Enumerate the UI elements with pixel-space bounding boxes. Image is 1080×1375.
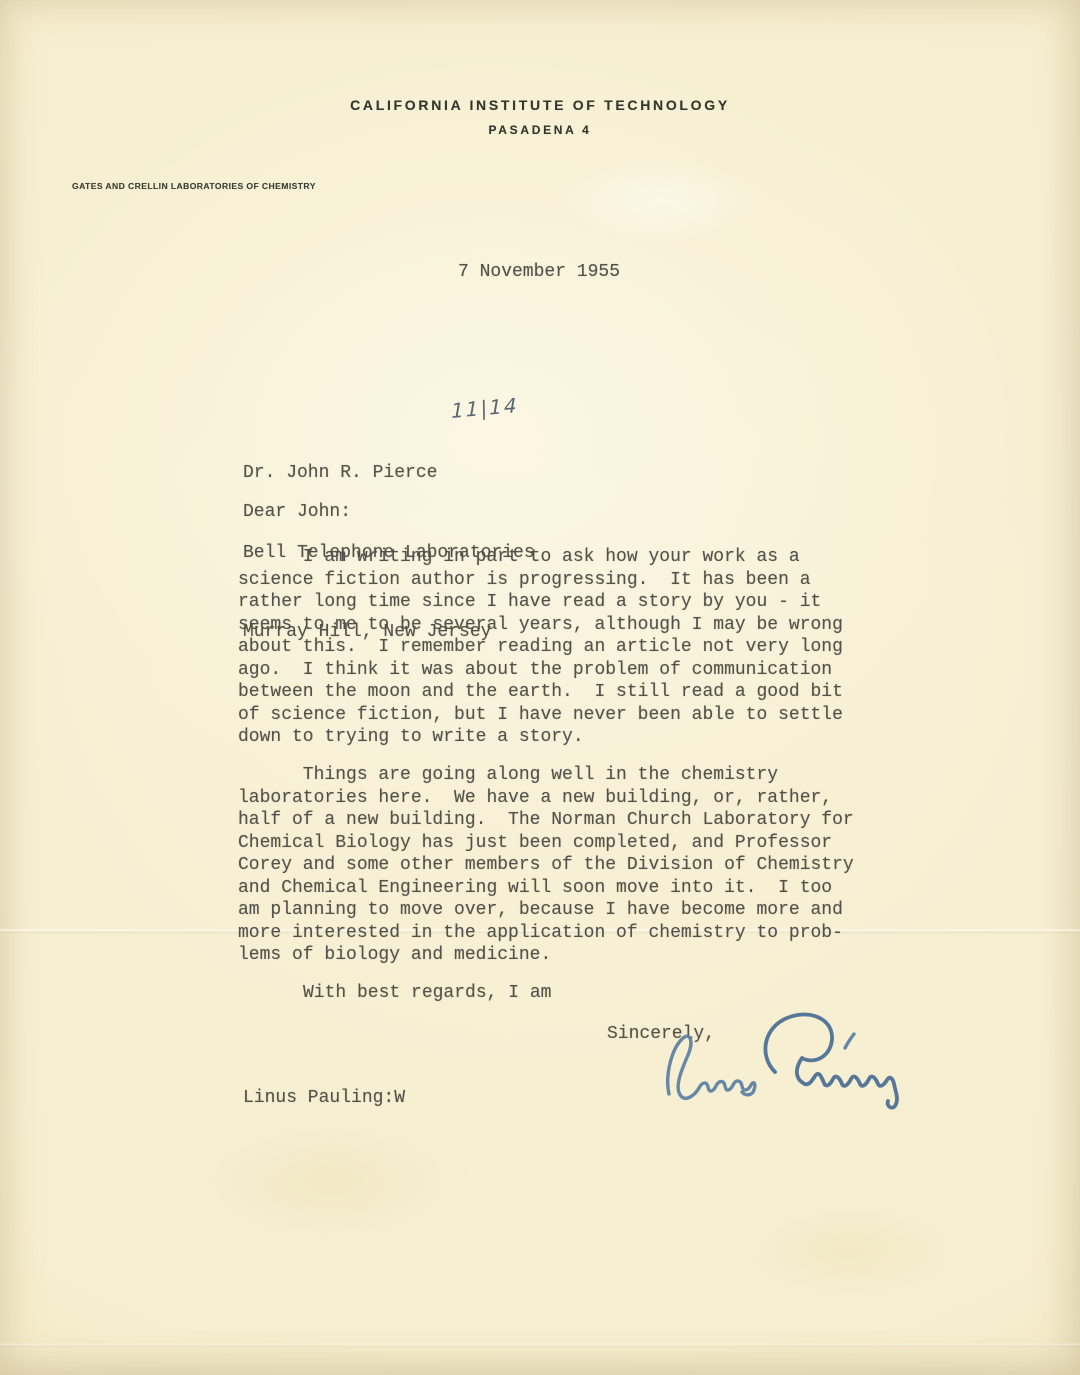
recipient-name: Dr. John R. Pierce (243, 460, 535, 487)
typist-reference-line: Linus Pauling:W (243, 1087, 405, 1110)
signature-stroke-tick (845, 1034, 854, 1048)
letterhead-city-line: PASADENA 4 (0, 123, 1080, 137)
signature-stroke-pauling (765, 1015, 897, 1108)
letterhead-institution: CALIFORNIA INSTITUTE OF TECHNOLOGY (0, 97, 1080, 113)
paper-crease-bottom (0, 1342, 1080, 1348)
letterhead-department: GATES AND CRELLIN LABORATORIES OF CHEMIS… (72, 181, 316, 191)
sign-off: Sincerely, (607, 1023, 715, 1046)
salutation: Dear John: (243, 501, 351, 524)
letter-date: 7 November 1955 (458, 261, 620, 284)
closing-line: With best regards, I am (303, 982, 551, 1005)
letter-page: CALIFORNIA INSTITUTE OF TECHNOLOGY PASAD… (0, 0, 1080, 1375)
body-paragraph-1: I am writing in part to ask how your wor… (238, 546, 843, 749)
body-paragraph-2: Things are going along well in the chemi… (238, 764, 854, 967)
